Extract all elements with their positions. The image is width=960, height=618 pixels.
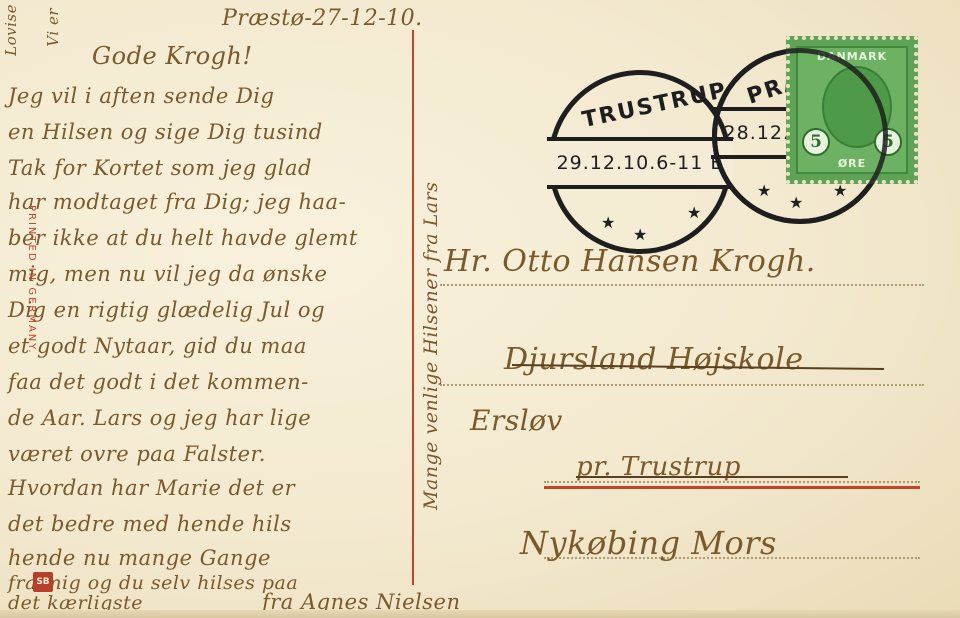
message-line: Hvordan har Marie det er [8,476,295,500]
message-line: et godt Nytaar, gid du maa [8,334,307,358]
message-line: hende nu mange Gange [8,546,271,570]
address-recipient: Hr. Otto Hansen Krogh. [444,244,816,279]
postmark-trustrup: TRUSTRUP 29.12.10.6-11 E ★ ★ ★ [548,70,732,254]
star-icon: ★ [633,225,647,244]
message-line: faa det godt i det kommen- [8,370,309,394]
card-edge [0,610,960,618]
message-line: Gode Krogh! [92,42,253,70]
strikethrough [576,476,848,478]
dateline: Præstø-27-12-10. [222,6,423,31]
red-address-rule [544,486,920,489]
address-line-city: Nykøbing Mors [520,524,777,562]
margin-note-1: Lovise [2,4,20,56]
star-icon: ★ [687,203,701,222]
message-line: det bedre med hende hils [8,512,292,536]
message-line: ber ikke at du helt havde glemt [8,226,358,250]
message-line: mig, men nu vil jeg da ønske [8,262,327,286]
postmark-date: 29.12.10.6-11 E [547,137,733,189]
message-line: Jeg vil i aften sende Dig [8,84,274,108]
message-line: været ovre paa Falster. [8,442,266,466]
message-line: Tak for Kortet som jeg glad [8,156,312,180]
address-line-struck: Djursland Højskole [504,342,803,377]
publisher-logo: SB [33,572,53,592]
message-line: Dig en rigtig glædelig Jul og [8,298,325,322]
star-icon: ★ [601,213,615,232]
divider-line [412,30,414,585]
address-line-town: Ersløv [470,404,563,437]
postmark-ring-overlay [712,48,888,224]
message-line: en Hilsen og sige Dig tusind [8,120,323,144]
postmark-town: TRUSTRUP [580,78,730,133]
address-rule [440,284,924,286]
printed-in-germany-imprint: PRINTED IN GERMANY. [26,205,37,355]
vertical-greeting: Mange venlige Hilsener fra Lars [420,40,442,510]
message-line: de Aar. Lars og jeg har lige [8,406,311,430]
postcard: Lovise Vi er Præstø-27-12-10. Gode Krogh… [0,0,960,618]
message-line: har modtaget fra Dig; jeg haa- [8,190,346,214]
margin-note-2: Vi er [44,8,62,47]
address-rule [440,384,924,386]
